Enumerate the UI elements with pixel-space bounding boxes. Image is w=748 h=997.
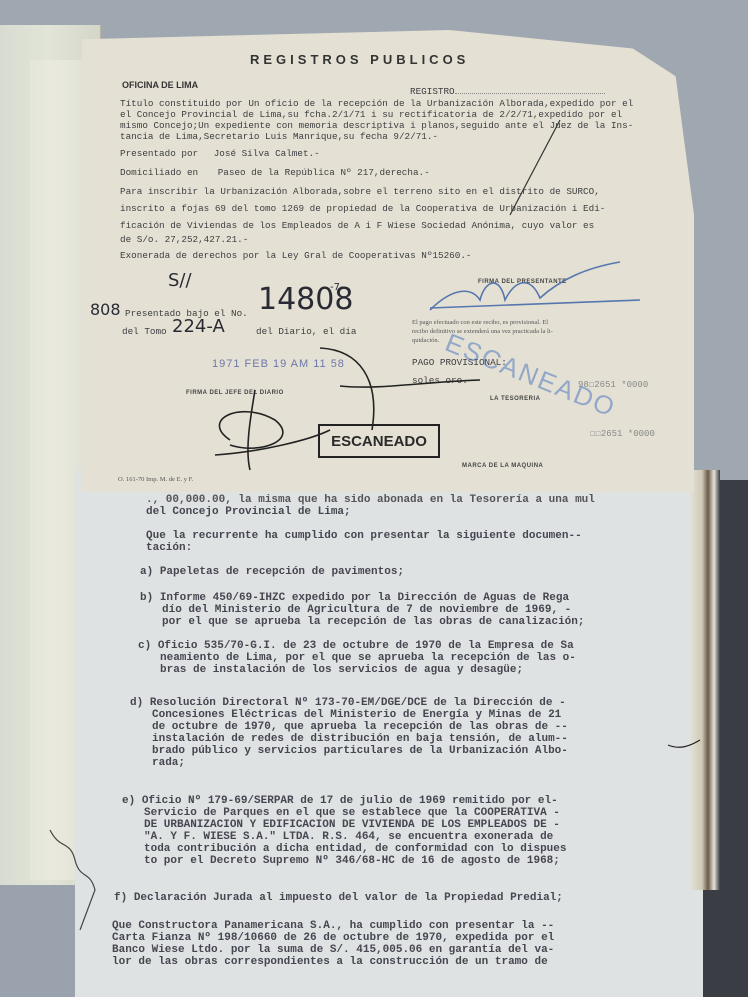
titulo-line-3: mismo Concejo;Un expediente con memoria … — [120, 120, 633, 131]
res-intro-1: Que la recurrente ha cumplido con presen… — [146, 530, 582, 542]
exonerada-line: Exonerada de derechos por la Ley Gral de… — [120, 250, 471, 261]
domiciliado-row: Domiciliado en Paseo de la República Nº … — [120, 167, 430, 178]
tesoreria-label: LA TESORERIA — [490, 396, 540, 402]
doc-item-e: e) Oficio Nº 179-69/SERPAR de 17 de juli… — [122, 795, 566, 867]
date-stamp: 1971 FEB 19 AM 11 58 — [212, 358, 345, 370]
firma-jefe-label: FIRMA DEL JEFE DEL DIARIO — [186, 390, 284, 396]
presentado-bajo-superscript: -7- — [330, 282, 344, 293]
desk-background — [0, 880, 75, 997]
soles-oro-label: soles oro. — [412, 375, 468, 386]
tomo-value: 224-A — [172, 316, 225, 337]
domiciliado-value: Paseo de la República Nº 217,derecha.- — [218, 167, 430, 178]
margin-note-s: S// — [168, 270, 192, 291]
para-line-1: Para inscribir la Urbanización Alborada,… — [120, 186, 600, 197]
printer-note: O. 161-70 Imp. M. de E. y F. — [118, 476, 193, 483]
diario-label: del Diario, el día — [256, 326, 356, 337]
res-intro-2: tación: — [146, 542, 192, 554]
titulo-line-2: el Concejo Provincial de Lima,su fcha.2/… — [120, 109, 622, 120]
res-closing: Que Constructora Panamericana S.A., ha c… — [112, 920, 554, 968]
titulo-line-4: tancia de Lima,Secretario Luis Manrique,… — [120, 131, 438, 142]
tomo-label: del Tomo — [122, 326, 167, 337]
res-line-top-2: del Concejo Provincial de Lima; — [146, 506, 351, 518]
presentado-por-label: Presentado por — [120, 148, 198, 159]
presentado-por-row: Presentado por José Silva Calmet.- — [120, 148, 320, 159]
domiciliado-label: Domiciliado en — [120, 167, 198, 178]
doc-item-a: a) Papeletas de recepción de pavimentos; — [140, 566, 404, 578]
para-line-3: ficación de Viviendas de los Empleados d… — [120, 220, 594, 231]
doc-item-b: b) Informe 450/69-IHZC expedido por la D… — [140, 592, 584, 628]
form-title: REGISTROS PUBLICOS — [250, 52, 469, 67]
res-line-top-1: ., 00,000.00, la misma que ha sido abona… — [146, 494, 595, 506]
marca-maquina-label: MARCA DE LA MAQUINA — [462, 463, 543, 469]
office-label: OFICINA DE LIMA — [122, 80, 198, 90]
firma-presentante-label: FIRMA DEL PRESENTANTE — [478, 279, 567, 285]
registro-label: REGISTRO — [410, 86, 455, 97]
doc-item-f: f) Declaración Jurada al impuesto del va… — [114, 892, 563, 904]
machine-code-2: ☐☐2651 *0000 — [590, 429, 655, 439]
margin-note-808: 808 — [90, 300, 121, 319]
escaneado-stamp: ESCANEADO — [318, 424, 440, 458]
page-stack-edge — [690, 470, 720, 890]
para-line-4: de S/o. 27,252,427.21.- — [120, 234, 248, 245]
registro-field: REGISTRO — [410, 86, 605, 97]
doc-item-c: c) Oficio 535/70-G.I. de 23 de octubre d… — [138, 640, 576, 676]
titulo-line-1: Título constituido por Un oficio de la r… — [120, 98, 633, 109]
doc-item-d: d) Resolución Directoral Nº 173-70-EM/DG… — [130, 697, 568, 769]
para-line-2: inscrito a fojas 69 del tomo 1269 de pro… — [120, 203, 605, 214]
presentado-por-value: José Silva Calmet.- — [214, 148, 320, 159]
